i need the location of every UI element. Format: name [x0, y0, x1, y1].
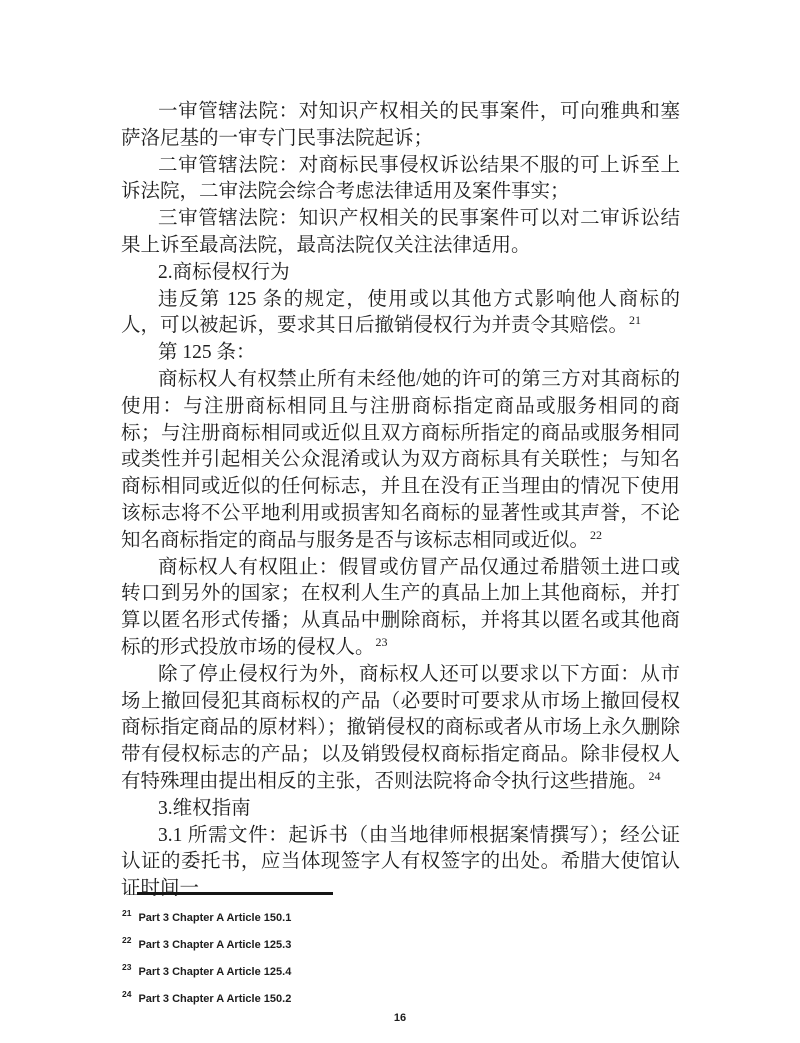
footnote-marker: 22: [122, 935, 131, 945]
heading-text: 2.商标侵权行为: [158, 262, 290, 283]
body-paragraph-jurisdiction-second-instance: 二审管辖法院：对商标民事侵权诉讼结果不服的可上诉至上诉法院，二审法院会综合考虑法…: [121, 153, 680, 207]
body-paragraph-remedies: 除了停止侵权行为外，商标权人还可以要求以下方面：从市场上撤回侵犯其商标权的产品（…: [121, 662, 680, 796]
body-paragraph-article125-intro: 违反第 125 条的规定，使用或以其他方式影响他人商标的人，可以被起诉，要求其日…: [121, 287, 680, 341]
paragraph-text: 商标权人有权禁止所有未经他/她的许可的第三方对其商标的使用：与注册商标相同且与注…: [121, 369, 680, 551]
paragraph-text: 一审管辖法院：对知识产权相关的民事案件，可向雅典和塞萨洛尼基的一审专门民事法院起…: [121, 101, 680, 149]
footnote-22: 22Part 3 Chapter A Article 125.3: [122, 932, 622, 959]
footnote-marker: 21: [122, 908, 131, 918]
document-page: 一审管辖法院：对知识产权相关的民事案件，可向雅典和塞萨洛尼基的一审专门民事法院起…: [0, 0, 800, 1043]
paragraph-text: 三审管辖法院：知识产权相关的民事案件可以对二审诉讼结果上诉至最高法院，最高法院仅…: [121, 208, 680, 256]
page-number: 16: [0, 1012, 800, 1024]
footnote-text: Part 3 Chapter A Article 125.3: [138, 939, 291, 951]
body-text-block: 一审管辖法院：对知识产权相关的民事案件，可向雅典和塞萨洛尼基的一审专门民事法院起…: [121, 99, 680, 903]
body-paragraph-jurisdiction-third-instance: 三审管辖法院：知识产权相关的民事案件可以对二审诉讼结果上诉至最高法院，最高法院仅…: [121, 206, 680, 260]
section-heading-infringement: 2.商标侵权行为: [121, 260, 680, 287]
footnote-21: 21Part 3 Chapter A Article 150.1: [122, 905, 622, 932]
footnote-ref-21: 21: [629, 313, 641, 327]
paragraph-text: 商标权人有权阻止：假冒或仿冒产品仅通过希腊领土进口或转口到另外的国家；在权利人生…: [121, 557, 680, 658]
heading-text: 3.维权指南: [158, 798, 251, 819]
body-paragraph-prohibit-use: 商标权人有权禁止所有未经他/她的许可的第三方对其商标的使用：与注册商标相同且与注…: [121, 367, 680, 555]
paragraph-text: 第 125 条：: [158, 342, 256, 363]
footnote-23: 23Part 3 Chapter A Article 125.4: [122, 959, 622, 986]
body-paragraph-article125-label: 第 125 条：: [121, 340, 680, 367]
footnote-ref-24: 24: [649, 769, 661, 783]
body-paragraph-jurisdiction-first-instance: 一审管辖法院：对知识产权相关的民事案件，可向雅典和塞萨洛尼基的一审专门民事法院起…: [121, 99, 680, 153]
footnote-separator-line: [137, 892, 333, 895]
footnote-text: Part 3 Chapter A Article 125.4: [138, 966, 291, 978]
body-paragraph-required-documents: 3.1 所需文件：起诉书（由当地律师根据案情撰写）；经公证认证的委托书，应当体现…: [121, 823, 680, 903]
footnote-marker: 24: [122, 989, 131, 999]
footnotes-block: 21Part 3 Chapter A Article 150.1 22Part …: [122, 905, 622, 1013]
footnote-text: Part 3 Chapter A Article 150.1: [138, 912, 291, 924]
footnote-ref-23: 23: [376, 635, 388, 649]
footnote-24: 24Part 3 Chapter A Article 150.2: [122, 986, 622, 1013]
footnote-ref-22: 22: [590, 528, 602, 542]
paragraph-text: 二审管辖法院：对商标民事侵权诉讼结果不服的可上诉至上诉法院，二审法院会综合考虑法…: [121, 155, 680, 203]
section-heading-enforcement-guide: 3.维权指南: [121, 796, 680, 823]
body-paragraph-prevent-acts: 商标权人有权阻止：假冒或仿冒产品仅通过希腊领土进口或转口到另外的国家；在权利人生…: [121, 555, 680, 662]
footnote-text: Part 3 Chapter A Article 150.2: [138, 993, 291, 1005]
paragraph-text: 违反第 125 条的规定，使用或以其他方式影响他人商标的人，可以被起诉，要求其日…: [121, 289, 680, 337]
paragraph-text: 除了停止侵权行为外，商标权人还可以要求以下方面：从市场上撤回侵犯其商标权的产品（…: [121, 664, 680, 792]
footnote-marker: 23: [122, 962, 131, 972]
paragraph-text: 3.1 所需文件：起诉书（由当地律师根据案情撰写）；经公证认证的委托书，应当体现…: [121, 825, 680, 900]
